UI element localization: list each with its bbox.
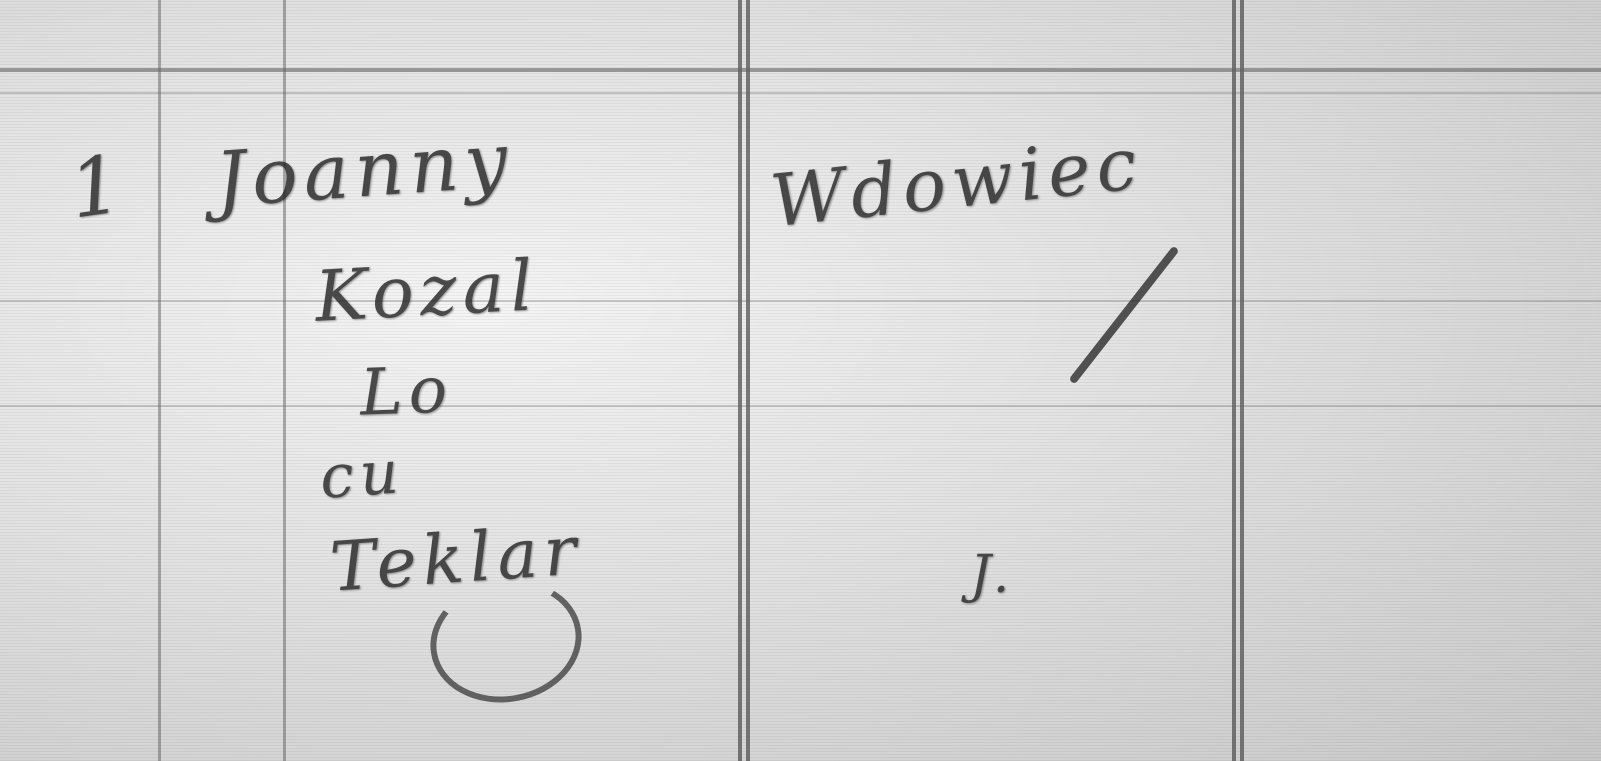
entry-name-line-1: Joanny: [212, 115, 516, 225]
column-rule: [738, 0, 742, 761]
entry-name-line-4: cu: [318, 437, 407, 513]
row-rule: [0, 92, 1601, 94]
column-rule: [283, 0, 286, 761]
row-rule: [0, 68, 1601, 72]
row-rule: [0, 300, 1601, 302]
row-rule: [0, 405, 1601, 407]
slash-mark: [1069, 246, 1180, 385]
entry-name-line-2: Kozal: [313, 244, 541, 338]
column-rule: [158, 0, 161, 761]
entry-mark: J.: [970, 545, 1015, 605]
entry-name-line-3: Lo: [359, 353, 455, 430]
column-rule: [1232, 0, 1236, 761]
entry-number: 1: [64, 136, 133, 236]
ledger-page: 1 Joanny Kozal Lo cu Teklar Wdowiec J.: [0, 0, 1601, 761]
entry-remark: Wdowiec: [767, 121, 1147, 244]
